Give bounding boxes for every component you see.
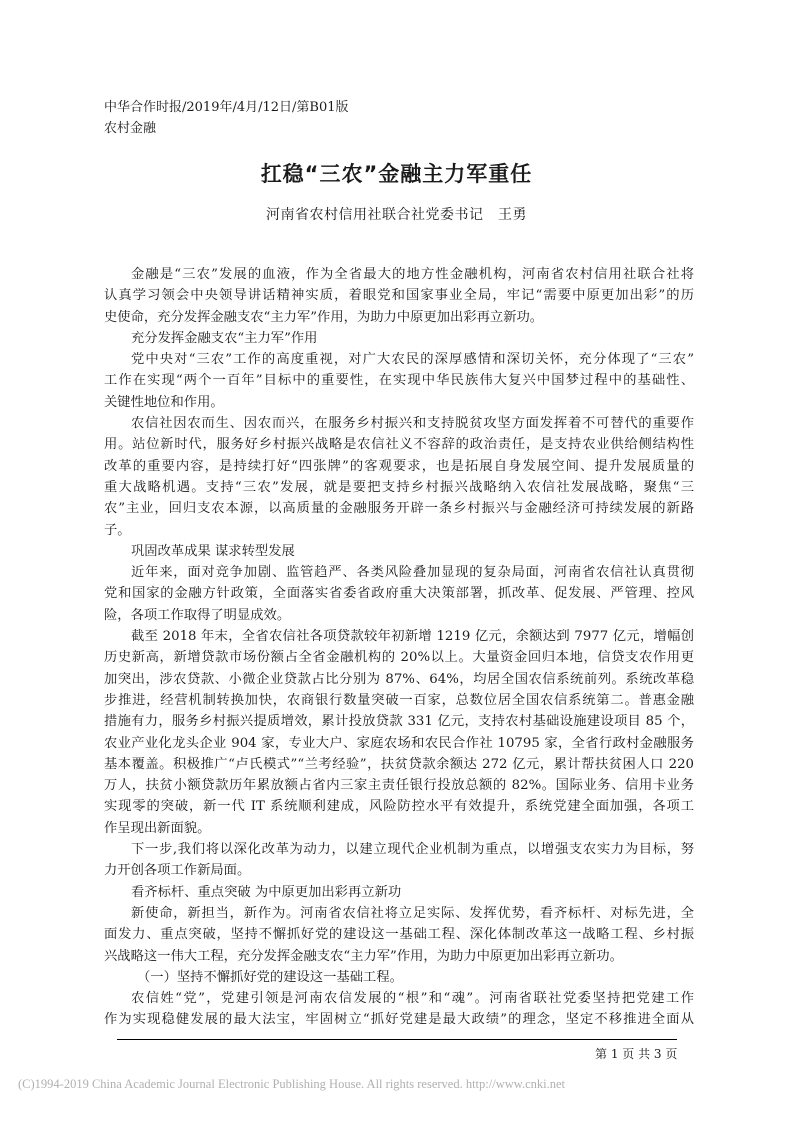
text-line: 下一步,我们将以深化改革为动力，以建立现代企业机制为重点，以增强支农实力为目标，… — [104, 839, 694, 860]
text-line: 工作在实现“两个一百年”目标中的重要性，在实现中华民族伟大复兴中国梦过程中的基础… — [104, 370, 694, 391]
text-line: 兴战略这一伟大工程，充分发挥金融支农“主力军”作用，为助力中原更加出彩再立新功。 — [104, 946, 694, 967]
copyright-notice: (C)1994-2019 China Academic Journal Elec… — [18, 1077, 565, 1092]
text-line: 加突出，涉农贷款、小微企业贷款占比分别为 87%、64%，均居全国农信系统前列。… — [104, 669, 694, 690]
text-line: 改革的重要内容，是持续打好“四张牌”的客观要求，也是拓展自身发展空间、提升发展质… — [104, 456, 694, 477]
text-line: 子。 — [104, 520, 694, 541]
text-line: 新使命，新担当，新作为。河南省农信社将立足实际、发挥优势，看齐标杆、对标先进，全 — [104, 903, 694, 924]
text-line: 作呈现出新面貌。 — [104, 818, 694, 839]
text-line: 作为实现稳健发展的最大法宝，牢固树立“抓好党建是最大政绩”的理念，坚定不移推进全… — [104, 1009, 694, 1030]
text-line: 农信社因农而生、因农而兴，在服务乡村振兴和支持脱贫攻坚方面发挥着不可替代的重要作 — [104, 413, 694, 434]
text-line: （一）坚持不懈抓好党的建设这一基础工程。 — [104, 967, 694, 988]
text-line: 用。站位新时代，服务好乡村振兴战略是农信社义不容辞的政治责任，是支持农业供给侧结… — [104, 434, 694, 455]
text-line: 金融是“三农”发展的血液，作为全省最大的地方性金融机构，河南省农村信用社联合社将 — [104, 264, 694, 285]
text-line: 步推进，经营机制转换加快，农商银行数量突破一百家，总数位居全国农信系统第二。普惠… — [104, 690, 694, 711]
source-line: 中华合作时报/2019年/4月/12日/第B01版 — [104, 97, 349, 118]
text-line: 关键性地位和作用。 — [104, 392, 694, 413]
text-line: 农业产业化龙头企业 904 家，专业大户、家庭农场和农民合作社 10795 家，… — [104, 733, 694, 754]
text-line: 面发力、重点突破，坚持不懈抓好党的建设这一基础工程、深化体制改革这一战略工程、乡… — [104, 924, 694, 945]
text-line: 巩固改革成果 谋求转型发展 — [104, 541, 694, 562]
text-line: 充分发挥金融支农“主力军”作用 — [104, 328, 694, 349]
document-header: 中华合作时报/2019年/4月/12日/第B01版 农村金融 — [104, 97, 349, 139]
text-line: 看齐标杆、重点突破 为中原更加出彩再立新功 — [104, 882, 694, 903]
text-line: 党和国家的金融方针政策，全面落实省委省政府重大决策部署，抓改革、促发展、严管理、… — [104, 583, 694, 604]
text-line: 万人，扶贫小额贷款历年累放额占省内三家主责任银行投放总额的 82%。国际业务、信… — [104, 775, 694, 796]
article-body: 金融是“三农”发展的血液，作为全省最大的地方性金融机构，河南省农村信用社联合社将… — [104, 264, 694, 1031]
text-line: 实现零的突破，新一代 IT 系统顺利建成，风险防控水平有效提升，系统党建全面加强… — [104, 796, 694, 817]
page-indicator: 第 1 页 共 3 页 — [595, 1045, 677, 1062]
text-line: 党中央对“三农”工作的高度重视，对广大农民的深厚感情和深切关怀，充分体现了“三农… — [104, 349, 694, 370]
article-title: 扛稳“三农”金融主力军重任 — [0, 158, 793, 188]
text-line: 史使命，充分发挥金融支农“主力军”作用，为助力中原更加出彩再立新功。 — [104, 307, 694, 328]
text-line: 历史新高，新增贷款市场份额占全省金融机构的 20%以上。大量资金回归本地，信贷支… — [104, 647, 694, 668]
text-line: 农信姓“党”，党建引领是河南农信发展的“根”和“魂”。河南省联社党委坚持把党建工… — [104, 988, 694, 1009]
text-line: 农”主业，回归支农本源，以高质量的金融服务开辟一条乡村振兴与金融经济可持续发展的… — [104, 498, 694, 519]
text-line: 措施有力，服务乡村振兴提质增效，累计投放贷款 331 亿元，支持农村基础设施建设… — [104, 711, 694, 732]
text-line: 重大战略机遇。支持“三农”发展，就是要把支持乡村振兴战略纳入农信社发展战略，聚焦… — [104, 477, 694, 498]
footer-divider — [117, 1039, 677, 1040]
section-label: 农村金融 — [104, 118, 349, 139]
text-line: 近年来，面对竞争加剧、监管趋严、各类风险叠加显现的复杂局面，河南省农信社认真贯彻 — [104, 562, 694, 583]
text-line: 认真学习领会中央领导讲话精神实质，着眼党和国家事业全局，牢记“需要中原更加出彩”… — [104, 285, 694, 306]
text-line: 基本覆盖。积极推广“卢氏模式”“兰考经验”，扶贫贷款余额达 272 亿元，累计帮… — [104, 754, 694, 775]
article-byline: 河南省农村信用社联合社党委书记 王勇 — [0, 204, 793, 224]
text-line: 险，各项工作取得了明显成效。 — [104, 605, 694, 626]
text-line: 力开创各项工作新局面。 — [104, 860, 694, 881]
text-line: 截至 2018 年末，全省农信社各项贷款较年初新增 1219 亿元，余额达到 7… — [104, 626, 694, 647]
